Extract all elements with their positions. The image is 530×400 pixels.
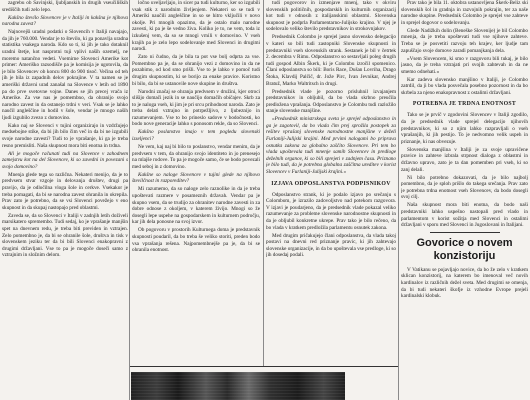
- divider: [430, 232, 500, 233]
- interview-question: Ali je mogoče računati tudi na Slovence …: [2, 151, 128, 171]
- paragraph: Predsednik vlade je pozorno prisluhnil i…: [266, 89, 396, 115]
- paragraph: Kar zadeva slovensko manjšino v Italiji,…: [401, 77, 528, 97]
- paragraph: Slovenska manjšina v Italiji je za svoje…: [401, 147, 528, 173]
- paragraph: Ob pogovoru v prostorih Kulturnega doma …: [132, 227, 260, 253]
- paragraph: ločno uveljavljajo, in sicer pa tudi kul…: [132, 0, 260, 53]
- paragraph: Naša skupnost mora biti enotna, da bodo …: [401, 202, 528, 228]
- paragraph: tudi pogovorov in izmenjave mnenj, tako …: [266, 0, 396, 33]
- paragraph: Zaveda se, da so Slovenci v Italiji v za…: [2, 213, 128, 259]
- paragraph: Najnovejši uradni podatki o Slovencih v …: [2, 29, 128, 121]
- interview-question: Kakšne so naloge Slovencev v tujini gled…: [132, 172, 260, 185]
- section-heading: POTREBNA JE TRDNA ENOTNOST: [401, 101, 528, 108]
- paragraph: V Vatikanu se pojavljajo novice, da bo ž…: [401, 267, 528, 300]
- paragraph: Mi razumemo, da so naloge zelo raznolike…: [132, 186, 260, 226]
- interview-question: »Predsednik ministrskega sveta je spreje…: [266, 116, 396, 175]
- column-4: Prav tako je bila 11. oktobra ustanovlje…: [401, 0, 528, 400]
- column-1: zagrebu ob Savinjski, ljubljanskih in dr…: [2, 0, 128, 400]
- paragraph: Tako se je prvič v zgodovini Slovencev v…: [401, 112, 528, 145]
- column-2: ločno uveljavljajo, in sicer pa tudi kul…: [132, 0, 260, 366]
- section-rule: [130, 366, 398, 367]
- paragraph: Kako naj se Slovenci v tujini organizira…: [2, 123, 128, 149]
- column-divider: [263, 0, 264, 366]
- paragraph: Med drugim pričakujejo člani odposlanstv…: [266, 233, 396, 259]
- interview-question: Kakšno število Slovencev je v Italiji in…: [2, 15, 128, 28]
- paragraph: Prav tako je bila 11. oktobra ustanovlje…: [401, 0, 528, 26]
- column-3: tudi pogovorov in izmenjave mnenj, tako …: [266, 0, 396, 366]
- column-divider: [129, 0, 130, 400]
- news-photo: [131, 372, 345, 400]
- column-divider: [398, 0, 399, 400]
- paragraph: »Vsem Slovencem, ki smo v razgovoru bili…: [401, 56, 528, 76]
- interview-question: Kakšno poslanstvo imajo v tem pogledu sl…: [132, 129, 260, 142]
- paragraph: Ni bilo potrebno dokazovati, da je bilo …: [401, 175, 528, 201]
- paragraph: Narodni značaj se ohranja predvsem v dru…: [132, 89, 260, 129]
- section-heading: IZJAVA ODPOSLANSTVA PODPISNIKOV: [266, 181, 396, 188]
- article-headline: Govorice o novem konzistoriju: [401, 237, 528, 263]
- paragraph: Mnenja glede tega so različna. Nekateri …: [2, 172, 128, 212]
- paragraph: zagrebu ob Savinjski, ljubljanskih in dr…: [2, 0, 128, 13]
- paragraph: Predsednik Colombo je sprejel jasno slov…: [266, 34, 396, 87]
- paragraph: Ne vem, kaj naj bi bilo to poslanstvo, v…: [132, 144, 260, 170]
- paragraph: Zato ni čudno, da je bila ta pot vse bol…: [132, 54, 260, 87]
- paragraph: Odposlanstvo strank, ki je podalo izjavo…: [266, 192, 396, 232]
- paragraph: Glede Nadižkih dolin (Beneške Slovenije)…: [401, 28, 528, 54]
